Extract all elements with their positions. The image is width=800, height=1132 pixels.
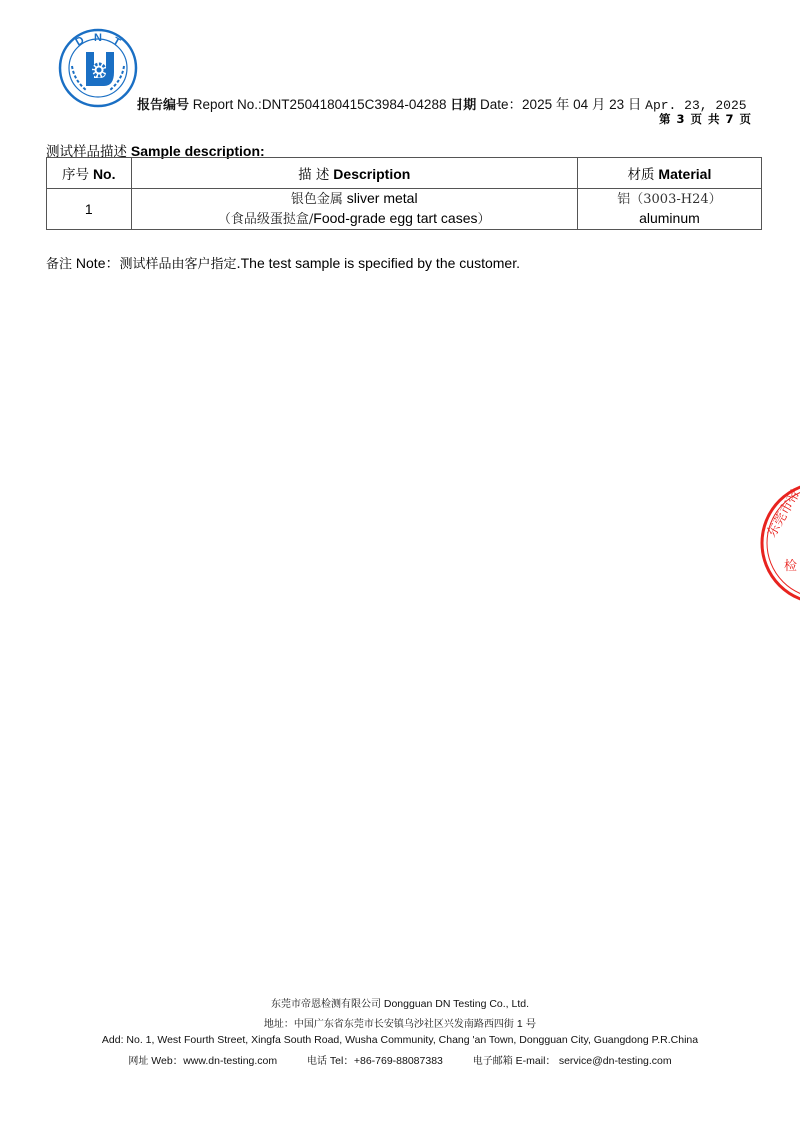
table-row: 1 银色金属 sliver metal （食品级蛋挞盒/Food-grade e… [47,189,762,230]
email-label-cn: 电子邮箱 [473,1056,513,1067]
material-line-2: aluminum [578,209,761,228]
footer-company-en: Dongguan DN Testing Co., Ltd. [384,998,529,1010]
email-label-en: E-mail： [516,1055,556,1067]
footer-address-en: Add: No. 1, West Fourth Street, Xingfa S… [0,1034,800,1046]
sample-table: 序号 No. 描 述 Description 材质 Material 1 银色金… [46,157,762,230]
header-no-cn: 序号 [62,167,89,183]
footer-address-number: 1 号 [517,1018,536,1030]
svg-text:检: 检 [784,558,797,574]
cell-no: 1 [47,189,132,230]
note: 备注 Note：测试样品由客户指定.The test sample is spe… [46,253,520,273]
header-no-en: No. [93,166,116,182]
description-cn: 银色金属 [291,192,343,207]
svg-text:T: T [111,35,123,49]
footer-contact: 网址 Web：www.dn-testing.com 电话 Tel：+86-769… [0,1052,800,1068]
table-header-row: 序号 No. 描 述 Description 材质 Material [47,158,762,189]
report-no: DNT2504180415C3984-04288 [262,97,447,112]
email-link[interactable]: service@dn-testing.com [559,1055,672,1067]
cell-material: 铝（3003-H24） aluminum [577,189,761,230]
header-material: 材质 Material [577,158,761,189]
dnt-logo: D N T [58,28,138,108]
tel-label-en: Tel： [330,1055,354,1067]
date-cn: 2025 年 04 月 23 日 [522,97,641,112]
description-sub-close: ） [478,212,491,227]
header-material-en: Material [658,166,711,182]
footer-address-cn-text: 中国广东省东莞市长安镇乌沙社区兴发南路西四街 [294,1019,514,1030]
description-sub-cn: （食品级蛋挞盒/ [218,212,313,227]
description-sub-en: Food-grade egg tart cases [313,210,477,226]
header-description-en: Description [333,166,410,182]
telephone: +86-769-88087383 [354,1055,443,1067]
header-material-cn: 材质 [628,167,655,183]
tel-label-cn: 电话 [307,1056,327,1067]
footer-company: 东莞市帝恩检测有限公司 Dongguan DN Testing Co., Ltd… [0,995,800,1010]
report-info: 报告编号 Report No.:DNT2504180415C3984-04288… [137,93,747,113]
website-link[interactable]: www.dn-testing.com [183,1055,277,1067]
note-label-en: Note： [76,255,120,271]
svg-text:N: N [94,32,102,44]
date-label-cn: 日期 [450,98,476,113]
company-seal-stamp: 东莞市帝 检 [760,478,800,608]
svg-text:D: D [74,34,87,48]
web-label-en: Web： [151,1055,183,1067]
description-en: sliver metal [347,190,418,206]
footer-address-label: 地址： [264,1019,294,1030]
footer-company-cn: 东莞市帝恩检测有限公司 [271,999,381,1010]
header-no: 序号 No. [47,158,132,189]
note-text-en: The test sample is specified by the cust… [241,255,520,271]
description-line-1: 银色金属 sliver metal [132,189,577,209]
description-line-2: （食品级蛋挞盒/Food-grade egg tart cases） [132,209,577,229]
footer-address-cn: 地址：中国广东省东莞市长安镇乌沙社区兴发南路西四街 1 号 [0,1015,800,1031]
header-description-cn: 描 述 [298,167,329,183]
report-no-label-en: Report No.: [193,97,262,112]
report-no-label-cn: 报告编号 [137,98,189,113]
material-line-1: 铝（3003-H24） [578,190,761,209]
header-description: 描 述 Description [131,158,577,189]
note-label-cn: 备注 [46,257,72,272]
date-label-en: Date： [480,97,522,112]
page-info: 第 3 页 共 7 页 [659,111,752,127]
web-label-cn: 网址 [128,1056,148,1067]
note-text-cn: 测试样品由客户指定. [119,257,240,272]
cell-description: 银色金属 sliver metal （食品级蛋挞盒/Food-grade egg… [131,189,577,230]
